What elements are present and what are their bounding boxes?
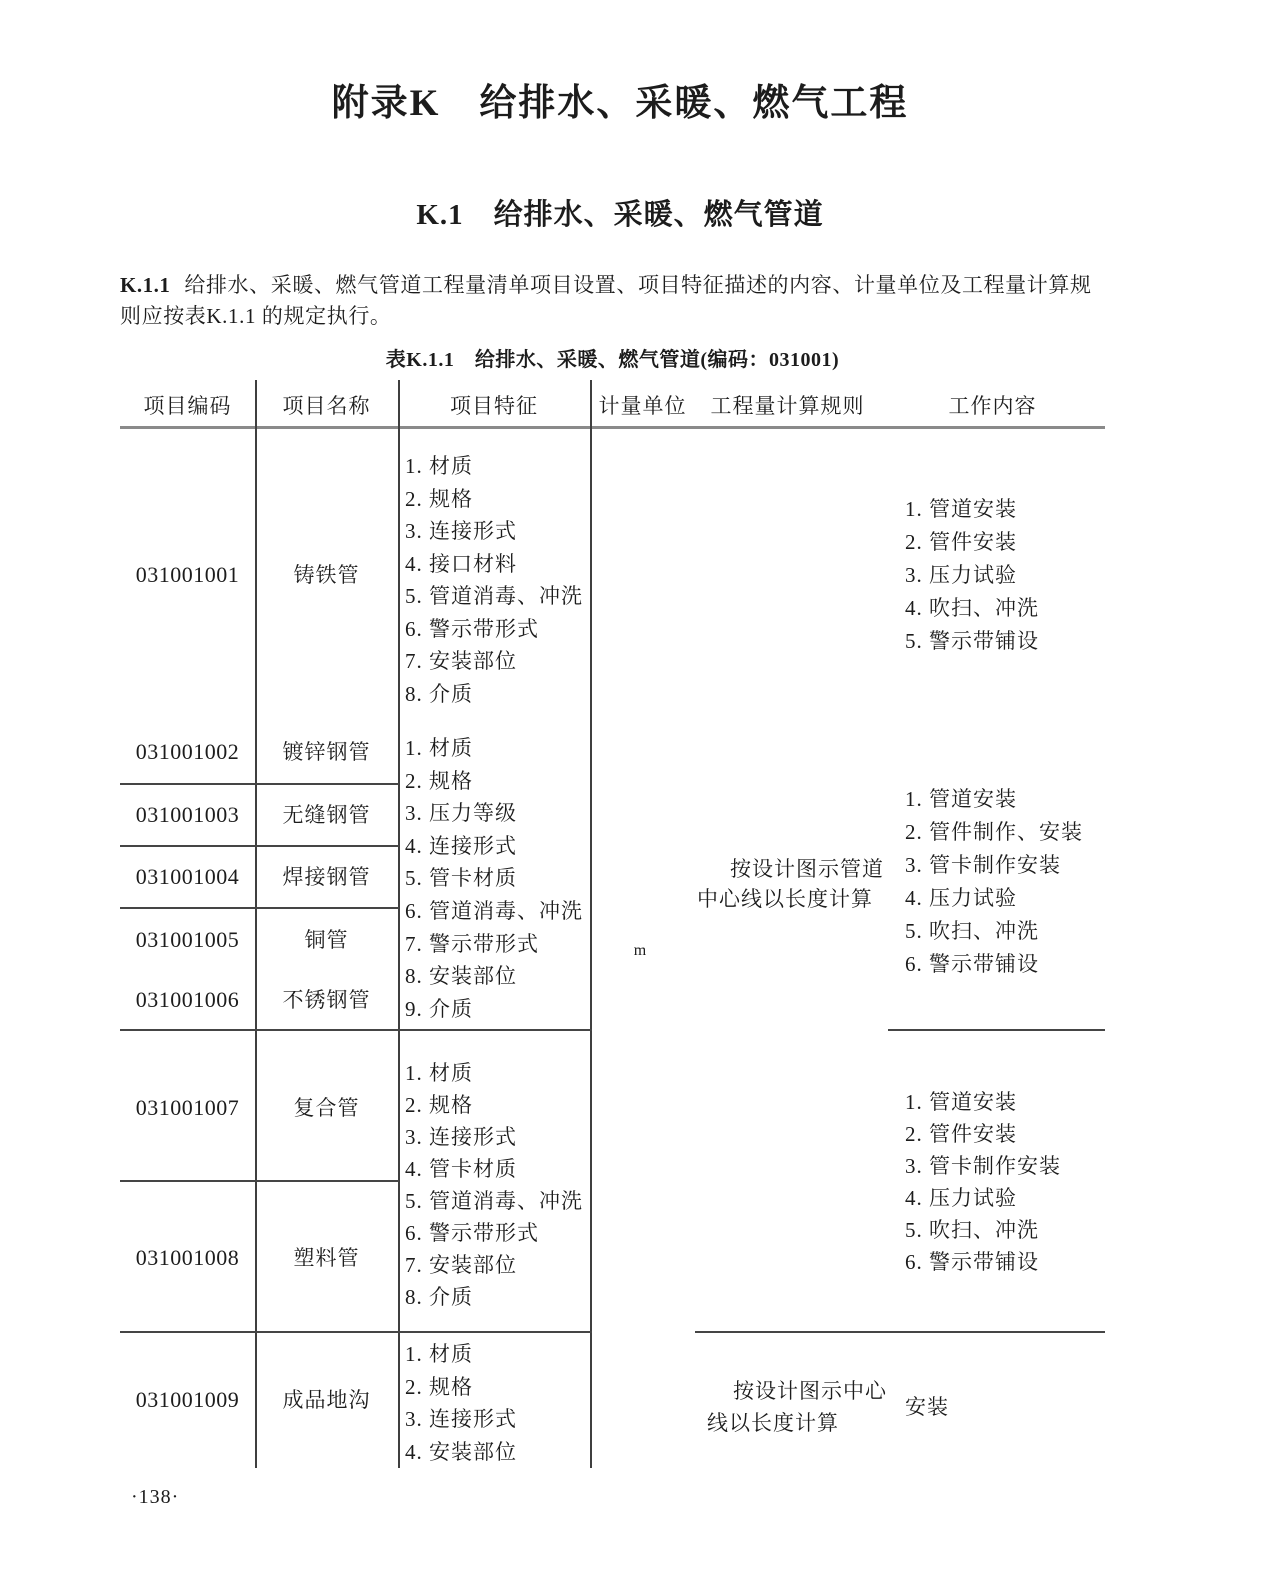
work-item: 1. 管道安装 xyxy=(905,783,1130,816)
cell-code-031001005: 031001005 xyxy=(120,924,255,956)
feature-item: 2. 规格 xyxy=(405,483,595,516)
work-item: 4. 压力试验 xyxy=(905,882,1130,915)
work-item: 4. 吹扫、冲洗 xyxy=(905,592,1130,625)
feature-item: 8. 介质 xyxy=(405,678,595,711)
cell-name-galvanized-steel-pipe: 镀锌钢管 xyxy=(255,736,398,768)
work-item: 6. 警示带铺设 xyxy=(905,948,1130,981)
clause-line-1: K.1.1给排水、采暖、燃气管道工程量清单项目设置、项目特征描述的内容、计量单位… xyxy=(120,270,1120,301)
clause-label: K.1.1 xyxy=(120,273,170,297)
feature-item: 6. 警示带形式 xyxy=(405,1217,595,1249)
rule-trench: 按设计图示中心 线以长度计算 xyxy=(707,1376,887,1439)
work-item: 2. 管件安装 xyxy=(905,526,1130,559)
feature-item: 4. 连接形式 xyxy=(405,830,595,863)
feature-item: 3. 压力等级 xyxy=(405,797,595,830)
feature-list-group2: 1. 材质 2. 规格 3. 压力等级 4. 连接形式 5. 管卡材质 6. 管… xyxy=(405,732,595,1025)
rule-trench-line1: 按设计图示中心 xyxy=(707,1376,887,1408)
feature-item: 2. 规格 xyxy=(405,1089,595,1121)
row-separator-003-004 xyxy=(120,845,399,847)
feature-item: 2. 规格 xyxy=(405,1371,595,1404)
feature-item: 4. 接口材料 xyxy=(405,548,595,581)
work-trench: 安装 xyxy=(905,1391,1130,1423)
rule-trench-line2: 线以长度计算 xyxy=(707,1408,887,1440)
work-item: 2. 管件制作、安装 xyxy=(905,816,1130,849)
clause-line-2: 则应按表K.1.1 的规定执行。 xyxy=(120,301,1120,332)
trench-separator-right xyxy=(695,1331,1105,1333)
feature-item: 7. 安装部位 xyxy=(405,645,595,678)
work-item: 3. 管卡制作安装 xyxy=(905,849,1130,882)
document-page: 附录K 给排水、采暖、燃气工程 K.1 给排水、采暖、燃气管道 K.1.1给排水… xyxy=(0,0,1270,1584)
feature-item: 1. 材质 xyxy=(405,450,595,483)
column-header-features: 项目特征 xyxy=(398,392,590,420)
row-separator-007-008 xyxy=(120,1180,399,1182)
feature-item: 5. 管道消毒、冲洗 xyxy=(405,1185,595,1217)
cell-name-prefab-trench: 成品地沟 xyxy=(255,1384,398,1416)
section-title: K.1 给排水、采暖、燃气管道 xyxy=(0,192,1240,233)
feature-item: 8. 安装部位 xyxy=(405,960,595,993)
feature-item: 8. 介质 xyxy=(405,1281,595,1313)
work-item: 5. 警示带铺设 xyxy=(905,625,1130,658)
table-caption: 表K.1.1 给排水、采暖、燃气管道(编码：031001) xyxy=(120,343,1105,372)
work-item: 5. 吹扫、冲洗 xyxy=(905,915,1130,948)
cell-name-stainless-steel-pipe: 不锈钢管 xyxy=(255,984,398,1016)
feature-item: 1. 材质 xyxy=(405,732,595,765)
feature-item: 9. 介质 xyxy=(405,993,595,1026)
work-item: 6. 警示带铺设 xyxy=(905,1246,1130,1278)
column-header-rule: 工程量计算规则 xyxy=(695,392,880,420)
trench-separator-left xyxy=(120,1331,592,1333)
page-number: ·138· xyxy=(131,1486,179,1509)
work-list-group1: 1. 管道安装 2. 管件安装 3. 压力试验 4. 吹扫、冲洗 5. 警示带铺… xyxy=(905,493,1130,658)
feature-item: 3. 连接形式 xyxy=(405,1121,595,1153)
cell-name-welded-steel-pipe: 焊接钢管 xyxy=(255,861,398,893)
unit-cell: m xyxy=(628,938,652,964)
work-item: 3. 压力试验 xyxy=(905,559,1130,592)
rule-pipes: 按设计图示管道 中心线以长度计算 xyxy=(697,855,884,914)
cell-code-031001003: 031001003 xyxy=(120,799,255,831)
column-header-work: 工作内容 xyxy=(880,392,1105,420)
cell-code-031001002: 031001002 xyxy=(120,736,255,768)
feature-item: 1. 材质 xyxy=(405,1338,595,1371)
feature-item: 7. 安装部位 xyxy=(405,1249,595,1281)
row-separator-004-005 xyxy=(120,907,399,909)
cell-code-031001006: 031001006 xyxy=(120,984,255,1016)
cell-name-composite-pipe: 复合管 xyxy=(255,1092,398,1124)
feature-list-group1: 1. 材质 2. 规格 3. 连接形式 4. 接口材料 5. 管道消毒、冲洗 6… xyxy=(405,450,595,710)
appendix-title: 附录K 给排水、采暖、燃气工程 xyxy=(0,72,1240,126)
clause-text-1: 给排水、采暖、燃气管道工程量清单项目设置、项目特征描述的内容、计量单位及工程量计… xyxy=(184,273,1091,297)
feature-item: 5. 管卡材质 xyxy=(405,862,595,895)
feature-item: 6. 警示带形式 xyxy=(405,613,595,646)
column-header-name: 项目名称 xyxy=(255,392,398,420)
work-item: 5. 吹扫、冲洗 xyxy=(905,1214,1130,1246)
work-item: 2. 管件安装 xyxy=(905,1118,1130,1150)
feature-item: 4. 安装部位 xyxy=(405,1436,595,1469)
feature-item: 4. 管卡材质 xyxy=(405,1153,595,1185)
feature-item: 3. 连接形式 xyxy=(405,515,595,548)
rule-pipes-line1: 按设计图示管道 xyxy=(697,855,884,885)
cell-code-031001001: 031001001 xyxy=(120,559,255,591)
group-separator-left xyxy=(120,1029,592,1031)
cell-name-copper-pipe: 铜管 xyxy=(255,924,398,956)
work-item: 3. 管卡制作安装 xyxy=(905,1150,1130,1182)
feature-item: 1. 材质 xyxy=(405,1057,595,1089)
feature-item: 3. 连接形式 xyxy=(405,1403,595,1436)
cell-name-plastic-pipe: 塑料管 xyxy=(255,1242,398,1274)
feature-item: 5. 管道消毒、冲洗 xyxy=(405,580,595,613)
feature-item: 7. 警示带形式 xyxy=(405,928,595,961)
feature-list-group3: 1. 材质 2. 规格 3. 连接形式 4. 管卡材质 5. 管道消毒、冲洗 6… xyxy=(405,1057,595,1313)
cell-code-031001008: 031001008 xyxy=(120,1242,255,1274)
cell-name-seamless-steel-pipe: 无缝钢管 xyxy=(255,799,398,831)
column-header-unit: 计量单位 xyxy=(590,392,695,420)
rule-pipes-line2: 中心线以长度计算 xyxy=(697,885,884,915)
group-separator-work xyxy=(888,1029,1105,1031)
cell-code-031001007: 031001007 xyxy=(120,1092,255,1124)
cell-name-cast-iron-pipe: 铸铁管 xyxy=(255,559,398,591)
row-separator-002-003 xyxy=(120,783,399,785)
vertical-border-2 xyxy=(398,380,400,1468)
column-header-code: 项目编码 xyxy=(120,392,255,420)
header-underline xyxy=(120,426,1105,429)
work-list-group3: 1. 管道安装 2. 管件安装 3. 管卡制作安装 4. 压力试验 5. 吹扫、… xyxy=(905,1086,1130,1278)
work-item: 4. 压力试验 xyxy=(905,1182,1130,1214)
feature-list-trench: 1. 材质 2. 规格 3. 连接形式 4. 安装部位 xyxy=(405,1338,595,1469)
feature-item: 6. 管道消毒、冲洗 xyxy=(405,895,595,928)
work-item: 1. 管道安装 xyxy=(905,1086,1130,1118)
feature-item: 2. 规格 xyxy=(405,765,595,798)
work-list-group2: 1. 管道安装 2. 管件制作、安装 3. 管卡制作安装 4. 压力试验 5. … xyxy=(905,783,1130,981)
work-item: 1. 管道安装 xyxy=(905,493,1130,526)
cell-code-031001009: 031001009 xyxy=(120,1384,255,1416)
cell-code-031001004: 031001004 xyxy=(120,861,255,893)
